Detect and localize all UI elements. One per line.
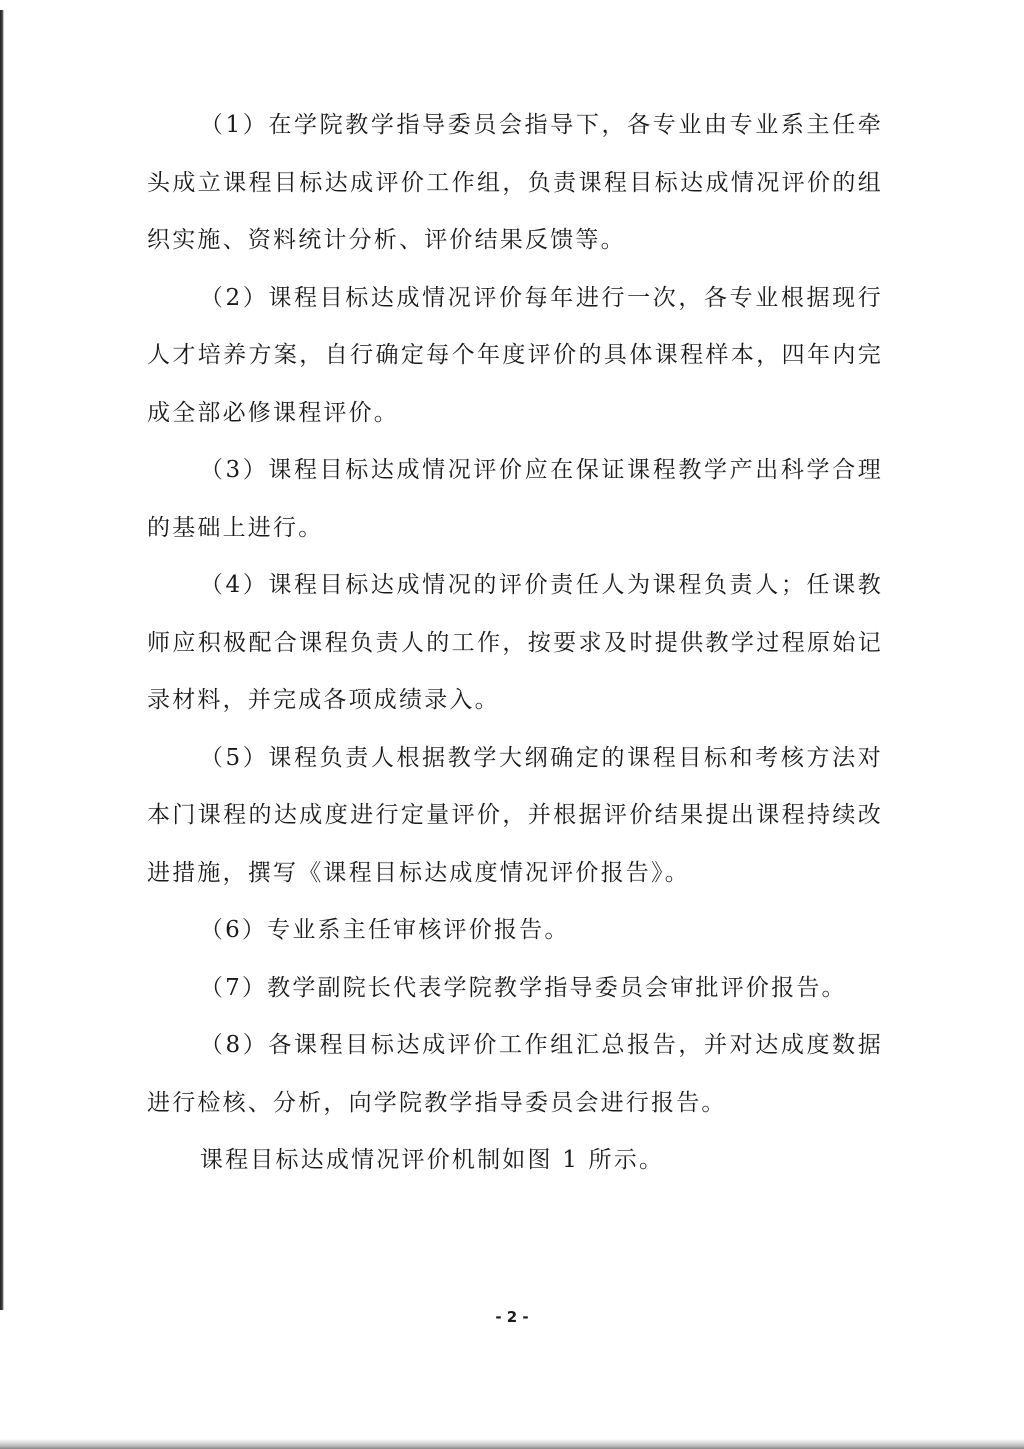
paragraph-figure-reference: 课程目标达成情况评价机制如图 1 所示。 [147,1132,883,1190]
paragraph-item-7: （7）教学副院长代表学院教学指导委员会审批评价报告。 [147,960,883,1018]
scan-bottom-edge [0,1439,1024,1449]
paragraph-item-5: （5）课程负责人根据教学大纲确定的课程目标和考核方法对本门课程的达成度进行定量评… [147,730,883,903]
paragraph-item-1: （1）在学院教学指导委员会指导下，各专业由专业系主任牵头成立课程目标达成评价工作… [147,97,883,270]
paragraph-item-8: （8）各课程目标达成评价工作组汇总报告，并对达成度数据进行检核、分析，向学院教学… [147,1017,883,1132]
paragraph-item-2: （2）课程目标达成情况评价每年进行一次，各专业根据现行人才培养方案，自行确定每个… [147,270,883,443]
page-number: - 2 - [0,1308,1024,1326]
document-body: （1）在学院教学指导委员会指导下，各专业由专业系主任牵头成立课程目标达成评价工作… [147,97,883,1190]
paragraph-item-4: （4）课程目标达成情况的评价责任人为课程负责人；任课教师应积极配合课程负责人的工… [147,557,883,730]
paragraph-item-3: （3）课程目标达成情况评价应在保证课程教学产出科学合理的基础上进行。 [147,442,883,557]
paragraph-item-6: （6）专业系主任审核评价报告。 [147,902,883,960]
scan-edge-shadow [0,10,4,1310]
